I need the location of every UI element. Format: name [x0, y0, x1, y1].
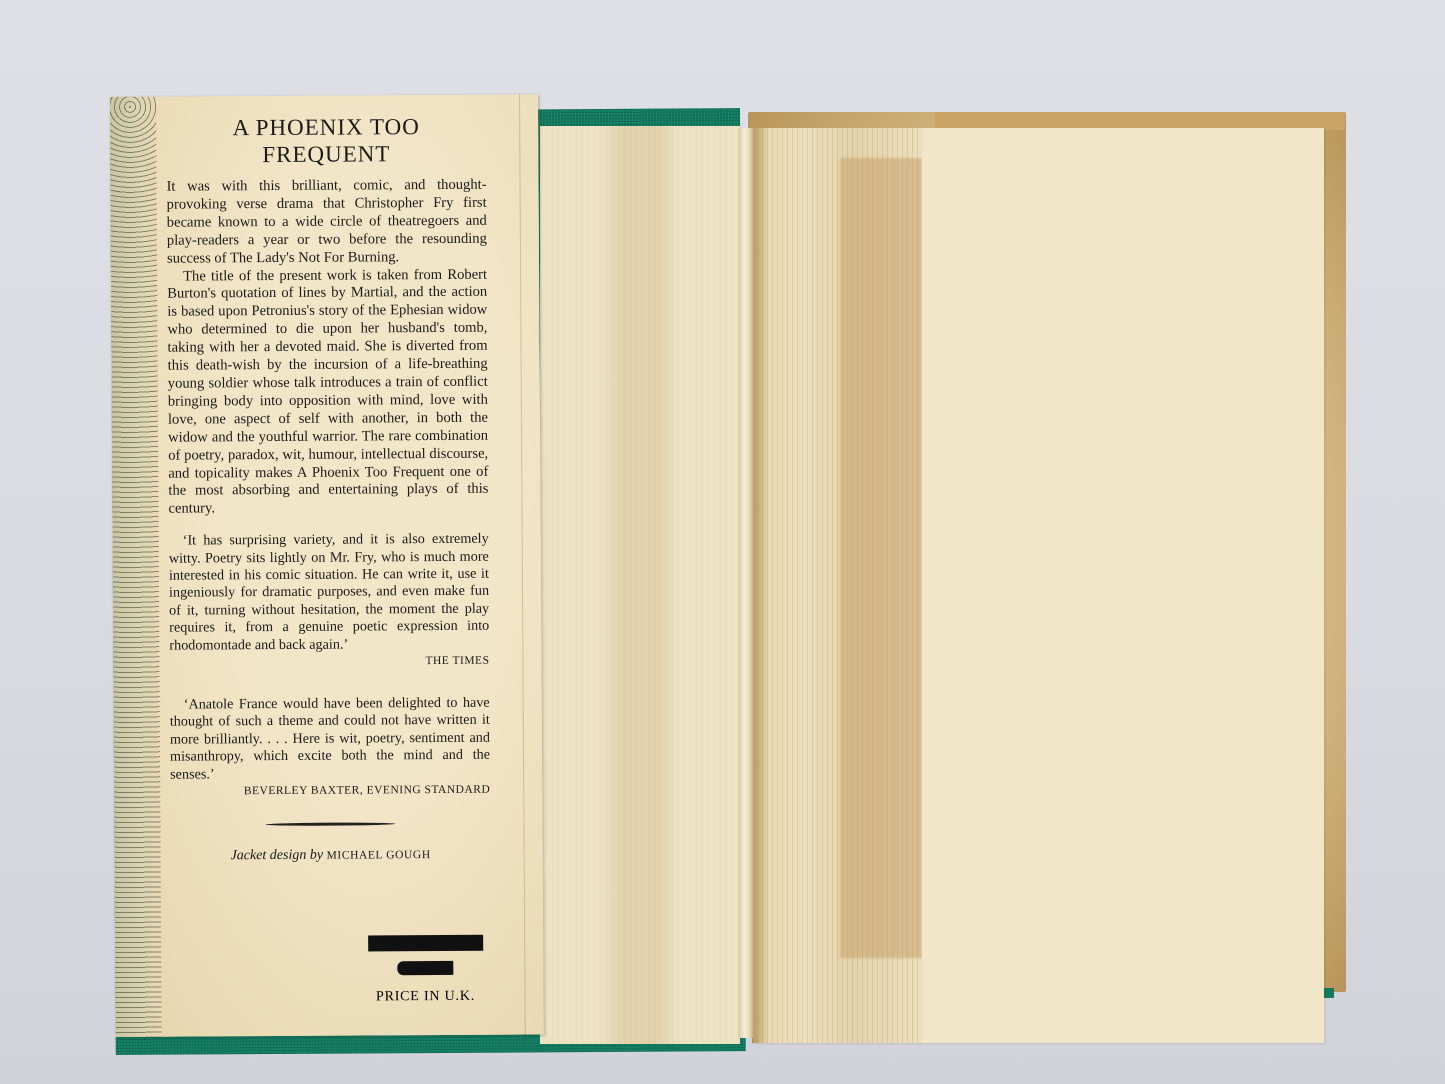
dust-jacket-flap[interactable]: A PHOENIX TOO FREQUENT It was with this … — [110, 94, 544, 1037]
title-line-2: FREQUENT — [262, 141, 390, 167]
jacket-credit: Jacket design by MICHAEL GOUGH — [171, 847, 491, 865]
left-endpaper — [540, 126, 740, 1044]
redacted-price-bar — [368, 935, 483, 952]
book-title: A PHOENIX TOO FREQUENT — [166, 113, 486, 169]
flap-fold-line — [519, 94, 526, 1034]
review-quote-times: ‘It has surprising variety, and it is al… — [169, 531, 490, 655]
blurb-paragraph-2: The title of the present work is taken f… — [167, 266, 489, 519]
ornamental-rule — [265, 822, 395, 826]
foxing-stain — [840, 158, 922, 958]
price-area: PRICE IN U.K. — [335, 935, 515, 1006]
title-line-1: A PHOENIX TOO — [233, 114, 420, 140]
right-flyleaf-page[interactable] — [752, 128, 1324, 1043]
review-quote-evening-standard: ‘Anatole France would have been delighte… — [170, 695, 491, 784]
book-gutter — [738, 128, 754, 1038]
blank-flyleaf-sheet — [922, 128, 1324, 1043]
review-source-evening-standard: BEVERLEY BAXTER, EVENING STANDARD — [170, 784, 490, 798]
redacted-price-mark — [397, 961, 453, 975]
review-source-times: THE TIMES — [169, 655, 489, 669]
flap-text-block: A PHOENIX TOO FREQUENT It was with this … — [166, 113, 491, 865]
price-label: PRICE IN U.K. — [335, 989, 515, 1006]
credit-designer: MICHAEL GOUGH — [327, 849, 431, 862]
credit-prefix: Jacket design by — [230, 848, 323, 864]
endpaper-stain — [600, 126, 680, 1044]
jacket-illustration-edge — [110, 97, 162, 1037]
blurb-paragraph-1: It was with this brilliant, comic, and t… — [166, 177, 487, 268]
